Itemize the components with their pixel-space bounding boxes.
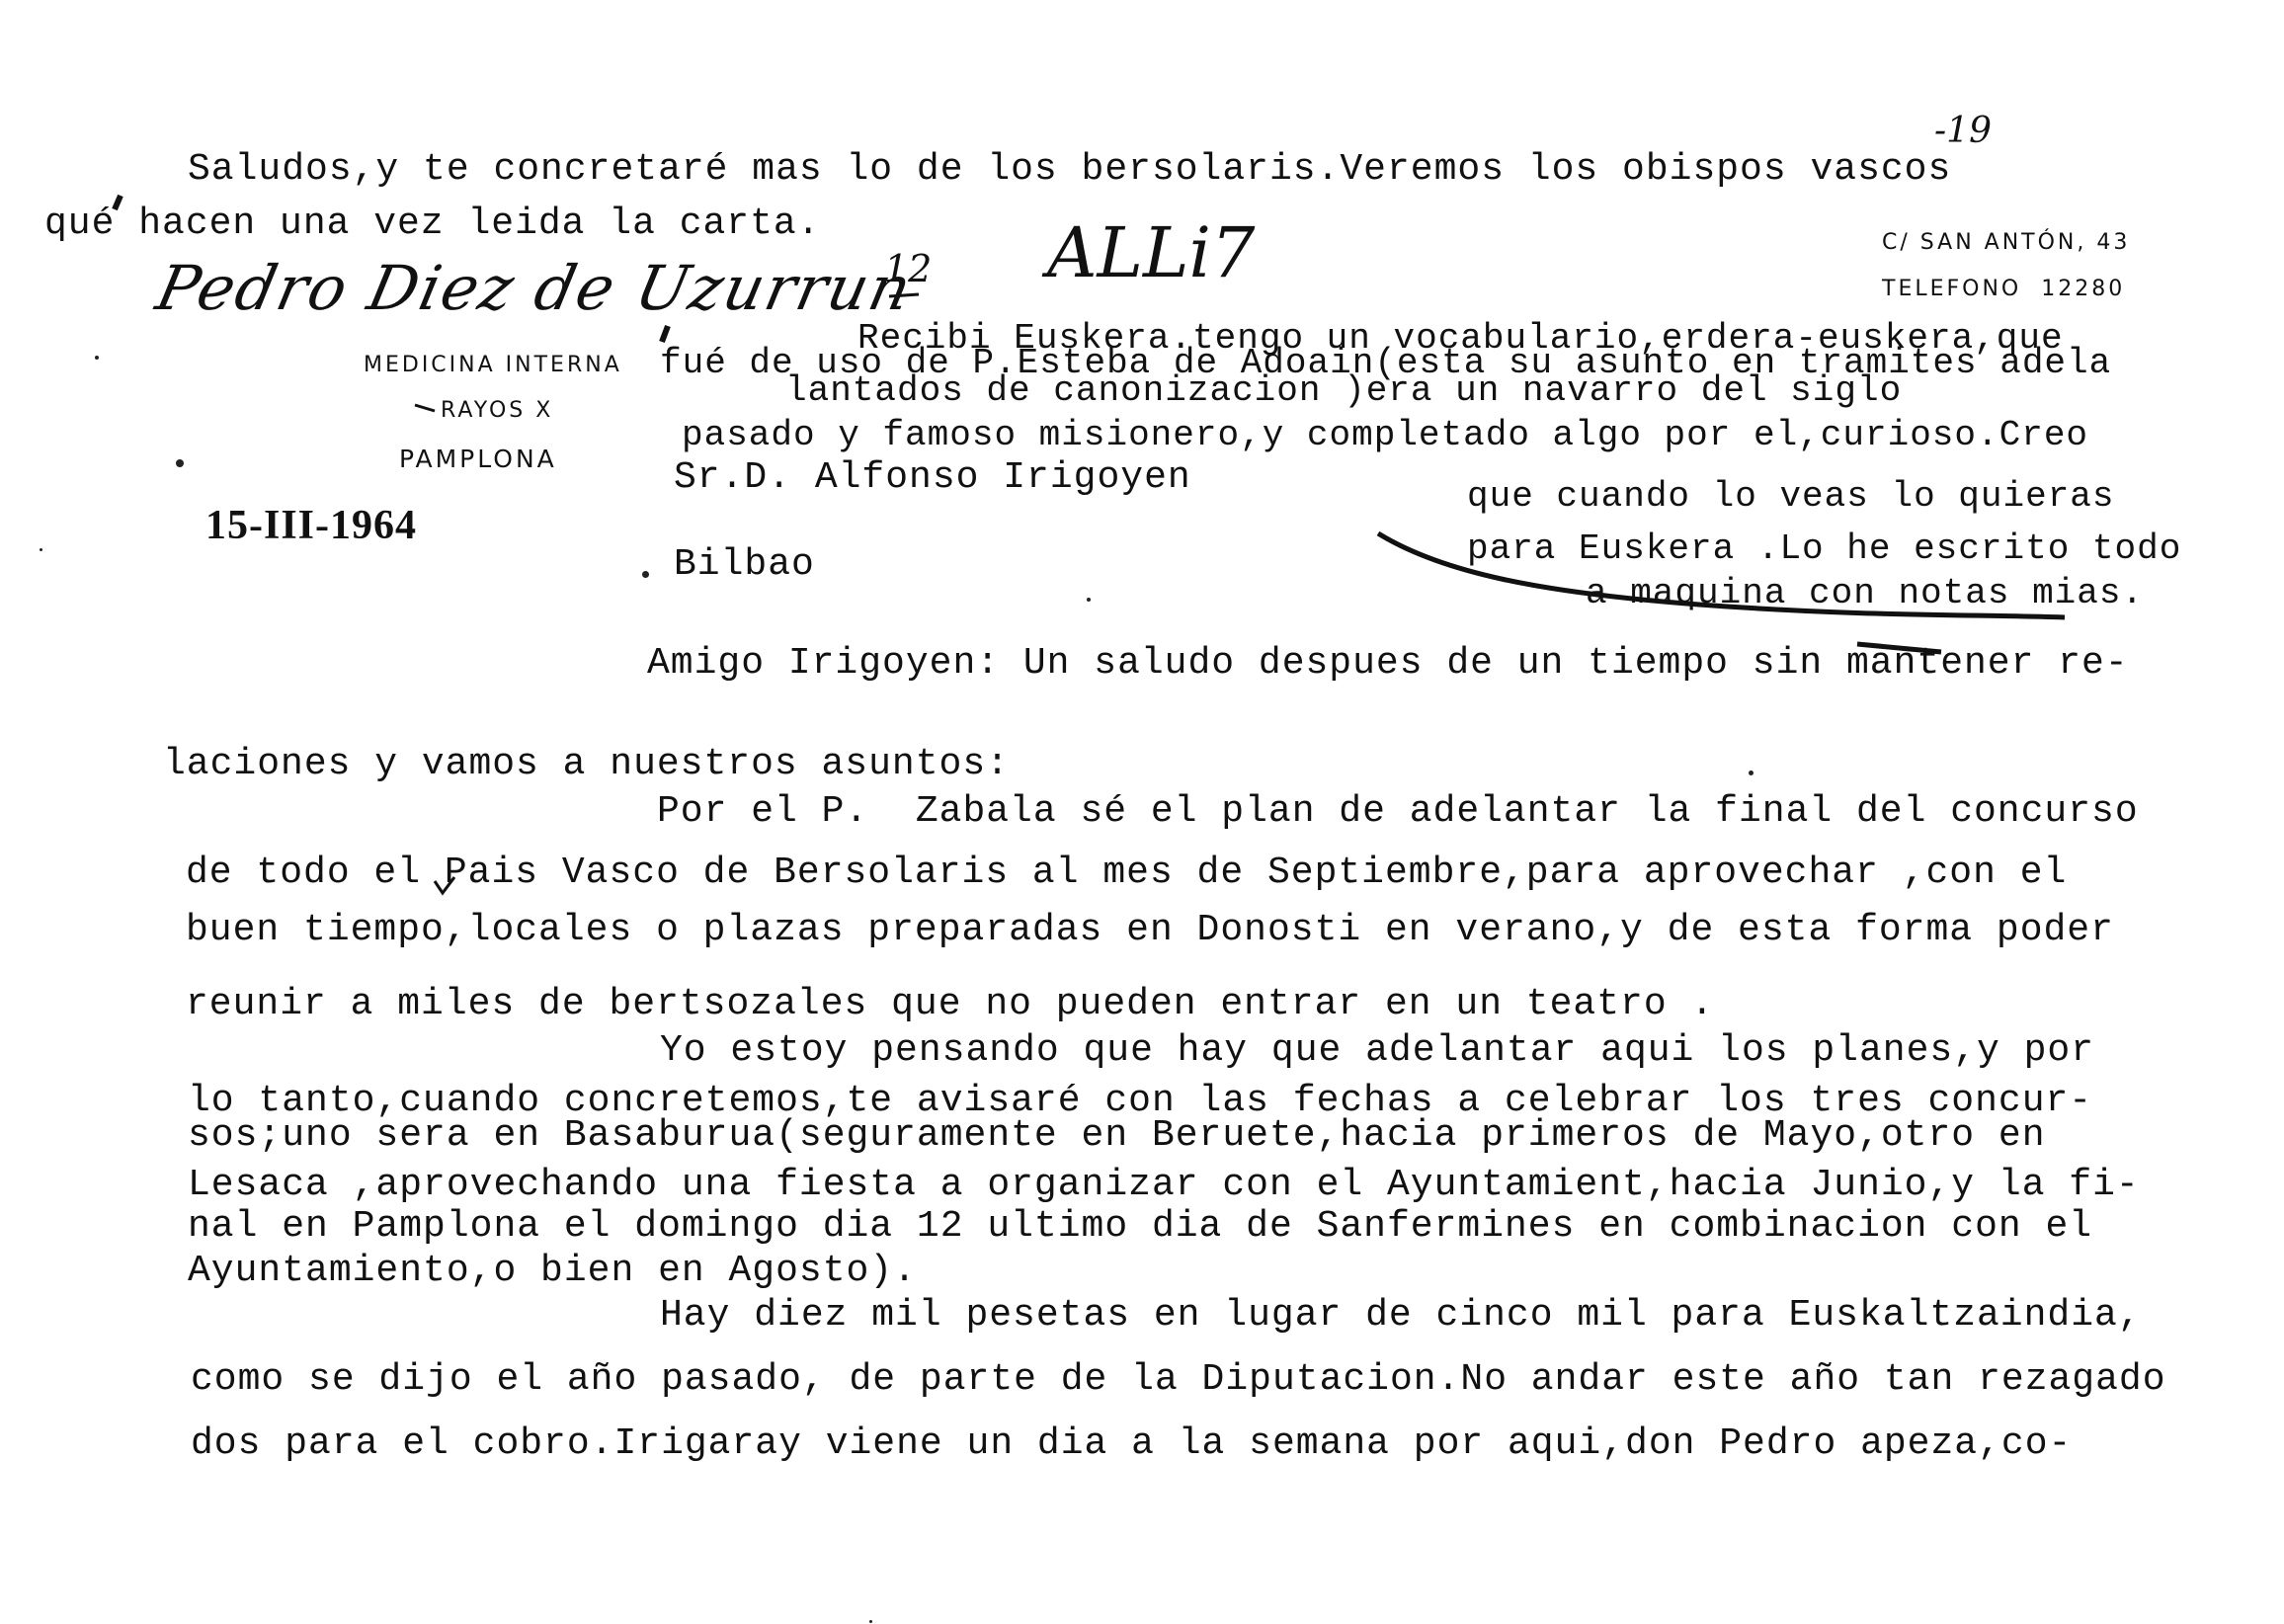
body-line-4: buen tiempo,locales o plazas preparadas … xyxy=(186,909,2114,951)
ink-speck xyxy=(176,459,184,467)
ink-speck xyxy=(95,356,99,360)
recipient-name: Sr.D. Alfonso Irigoyen xyxy=(674,456,1191,499)
ink-speck xyxy=(1749,771,1754,775)
letterhead-city: PAMPLONA xyxy=(399,445,557,473)
postscript-line-1: Saludos,y te concretaré mas lo de los be… xyxy=(188,148,1951,191)
body-line-13: como se dijo el año pasado, de parte de … xyxy=(191,1358,2166,1401)
bullet-dot xyxy=(642,571,649,578)
body-line-9: Lesaca ,aprovechando una fiesta a organi… xyxy=(188,1164,2140,1206)
accent-tick xyxy=(662,326,668,342)
ink-speck xyxy=(869,1620,872,1623)
body-line-5: reunir a miles de bertsozales que no pue… xyxy=(186,983,1714,1025)
ink-speck xyxy=(40,548,42,551)
letter-page: -19 Saludos,y te concretaré mas lo de lo… xyxy=(0,0,2284,1624)
body-line-12: Hay diez mil pesetas en lugar de cinco m… xyxy=(660,1294,2142,1337)
overlay-note-line-7: a maquina con notas mias. xyxy=(1586,573,2144,613)
body-line-6: Yo estoy pensando que hay que adelantar … xyxy=(660,1029,2094,1072)
overlay-note-line-5: que cuando lo veas lo quieras xyxy=(1467,476,2115,517)
postscript-line-2: qué hacen una vez leida la carta. xyxy=(44,203,821,245)
body-line-3: de todo el Pais Vasco de Bersolaris al m… xyxy=(186,852,2067,894)
overlay-note-line-4: pasado y famoso misionero,y completado a… xyxy=(682,415,2088,455)
recipient-city: Bilbao xyxy=(674,543,815,586)
letterhead-phone: TELEFONO 12280 xyxy=(1882,277,2125,301)
salutation: Amigo Irigoyen: Un saludo despues de un … xyxy=(647,642,2129,685)
body-line-2: Por el P. Zabala sé el plan de adelantar… xyxy=(657,790,2139,833)
page-number-mark: -19 xyxy=(1934,111,1992,151)
body-line-14: dos para el cobro.Irigaray viene un dia … xyxy=(191,1422,2072,1465)
body-line-1: laciones y vamos a nuestros asuntos: xyxy=(163,743,1010,785)
overlay-note-line-3: lantados de canonizacion )era un navarro… xyxy=(785,370,1902,411)
ink-speck xyxy=(1087,598,1091,602)
letterhead-address: C/ SAN ANTÓN, 43 xyxy=(1882,230,2130,255)
handwritten-initials: ALLi7 xyxy=(1047,212,1255,293)
letterhead-name: Pedro Diez de Uzurrun xyxy=(150,252,919,324)
body-line-11: Ayuntamiento,o bien en Agosto). xyxy=(188,1250,917,1292)
body-line-8: sos;uno sera en Basaburua(seguramente en… xyxy=(188,1114,2046,1157)
accent-tick xyxy=(415,405,435,411)
overlay-note-line-6: para Euskera .Lo he escrito todo xyxy=(1467,528,2181,569)
letterhead-specialty: MEDICINA INTERNA xyxy=(364,353,622,377)
letter-date: 15-III-1964 xyxy=(205,502,417,549)
body-line-10: nal en Pamplona el domingo dia 12 ultimo… xyxy=(188,1205,2092,1248)
letterhead-service: RAYOS X xyxy=(441,398,553,423)
